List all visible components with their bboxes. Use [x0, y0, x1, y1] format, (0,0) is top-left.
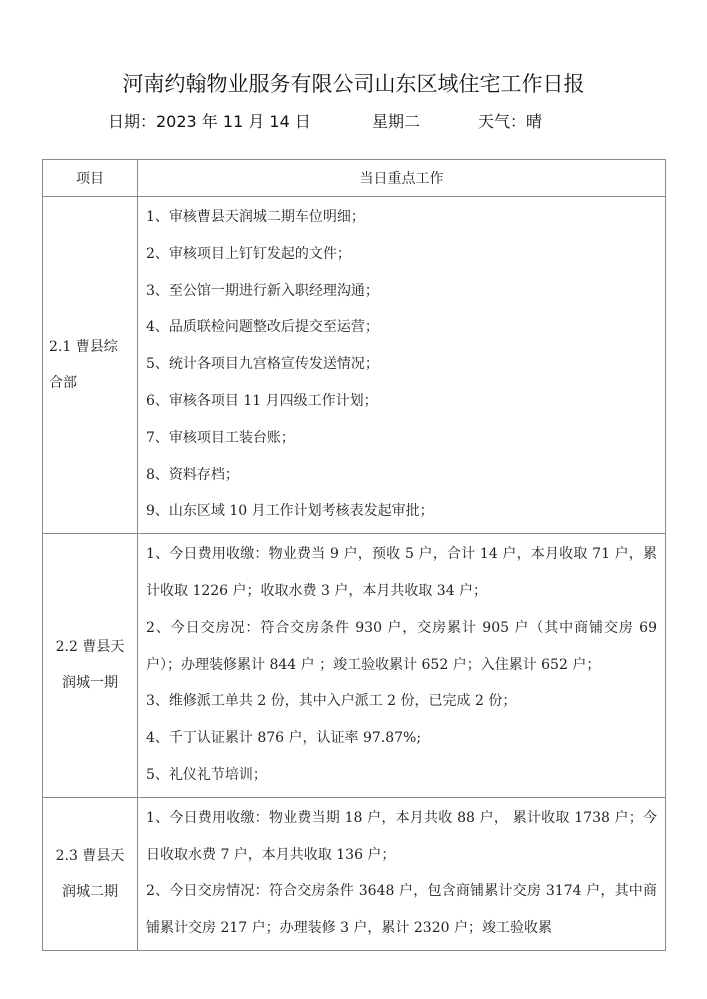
work-item: 3、维修派工单共 2 份，其中入户派工 2 份，已完成 2 份； [146, 683, 657, 720]
report-weekday: 星期二 [372, 109, 420, 132]
work-item: 8、资料存档； [146, 457, 657, 494]
report-weather: 天气：晴 [478, 109, 542, 132]
work-item: 1、今日费用收缴：物业费当 9 户，预收 5 户，合计 14 户，本月收取 71… [146, 536, 657, 610]
row-label: 2.1 曹县综合部 [43, 197, 138, 534]
work-item: 5、统计各项目九宫格宣传发送情况； [146, 346, 657, 383]
work-item: 4、千丁认证累计 876 户，认证率 97.87%; [146, 720, 657, 757]
work-item: 1、审核曹县天润城二期车位明细； [146, 199, 657, 236]
report-date: 日期：2023 年 11 月 14 日 [108, 109, 311, 132]
work-item: 4、品质联检问题整改后提交至运营； [146, 309, 657, 346]
row-items: 1、审核曹县天润城二期车位明细； 2、审核项目上钉钉发起的文件； 3、至公馆一期… [138, 197, 666, 534]
table-row: 2.3 曹县天润城二期 1、今日费用收缴：物业费当期 18 户，本月共收 88 … [43, 797, 666, 950]
table-row: 2.1 曹县综合部 1、审核曹县天润城二期车位明细； 2、审核项目上钉钉发起的文… [43, 197, 666, 534]
row-items: 1、今日费用收缴：物业费当期 18 户，本月共收 88 户， 累计收取 1738… [138, 797, 666, 950]
work-item: 3、至公馆一期进行新入职经理沟通； [146, 273, 657, 310]
table-header-row: 项目 当日重点工作 [43, 160, 666, 197]
table-row: 2.2 曹县天润城一期 1、今日费用收缴：物业费当 9 户，预收 5 户，合计 … [43, 534, 666, 798]
work-item: 1、今日费用收缴：物业费当期 18 户，本月共收 88 户， 累计收取 1738… [146, 800, 657, 874]
row-label: 2.2 曹县天润城一期 [43, 534, 138, 798]
work-item: 2、今日交房况：符合交房条件 930 户，交房累计 905 户（其中商铺交房 6… [146, 610, 657, 684]
work-item: 6、审核各项目 11 月四级工作计划； [146, 383, 657, 420]
work-item: 5、礼仪礼节培训； [146, 757, 657, 794]
column-header-key-work: 当日重点工作 [138, 160, 666, 197]
report-title: 河南约翰物业服务有限公司山东区域住宅工作日报 [0, 68, 707, 98]
daily-report-table: 项目 当日重点工作 2.1 曹县综合部 1、审核曹县天润城二期车位明细； 2、审… [42, 159, 666, 951]
row-items: 1、今日费用收缴：物业费当 9 户，预收 5 户，合计 14 户，本月收取 71… [138, 534, 666, 798]
work-item: 9、山东区域 10 月工作计划考核表发起审批； [146, 493, 657, 530]
work-item: 2、今日交房情况：符合交房条件 3648 户，包含商铺累计交房 3174 户，其… [146, 873, 657, 947]
work-item: 7、审核项目工装台账； [146, 420, 657, 457]
column-header-project: 项目 [43, 160, 138, 197]
work-item: 2、审核项目上钉钉发起的文件； [146, 236, 657, 273]
row-label: 2.3 曹县天润城二期 [43, 797, 138, 950]
